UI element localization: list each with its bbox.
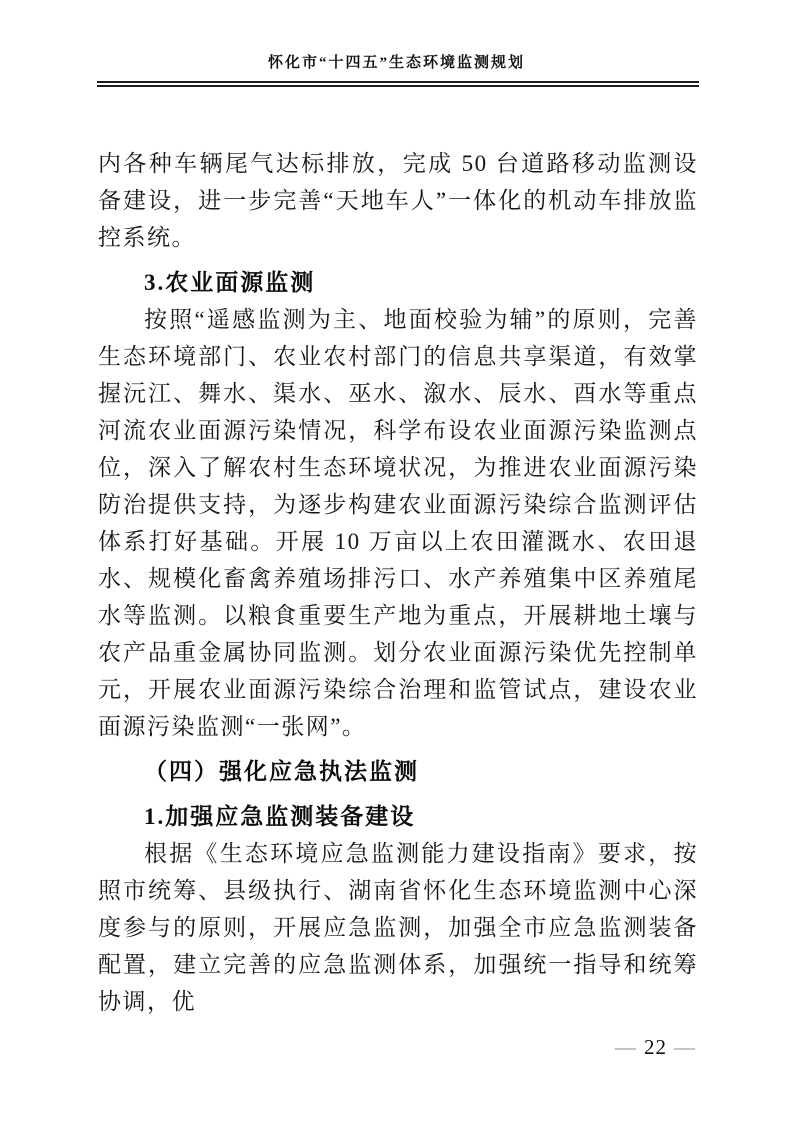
heading-agricultural-nonpoint-monitoring: 3.农业面源监测 [98,264,698,301]
document-page: 怀化市“十四五”生态环境监测规划 内各种车辆尾气达标排放，完成 50 台道路移动… [0,0,793,1122]
paragraph-agricultural-nonpoint-monitoring: 按照“遥感监测为主、地面校验为辅”的原则，完善生态环境部门、农业农村部门的信息共… [98,301,698,745]
document-body: 内各种车辆尾气达标排放，完成 50 台道路移动监测设备建设，进一步完善“天地车人… [98,145,698,1020]
page-number-right-dash: — [674,1035,696,1059]
page-number-left-dash: — [615,1035,637,1059]
page-number-value: 22 [637,1035,674,1059]
header-double-rule [97,81,699,87]
page-number: —22— [615,1034,696,1060]
heading-emergency-equipment-building: 1.加强应急监测装备建设 [98,798,698,835]
page-header-title: 怀化市“十四五”生态环境监测规划 [0,51,793,72]
paragraph-vehicle-emissions-continued: 内各种车辆尾气达标排放，完成 50 台道路移动监测设备建设，进一步完善“天地车人… [98,145,698,256]
paragraph-emergency-monitoring: 根据《生态环境应急监测能力建设指南》要求，按照市统筹、县级执行、湖南省怀化生态环… [98,835,698,1020]
heading-section-4-emergency-enforcement: （四）强化应急执法监测 [98,753,698,790]
